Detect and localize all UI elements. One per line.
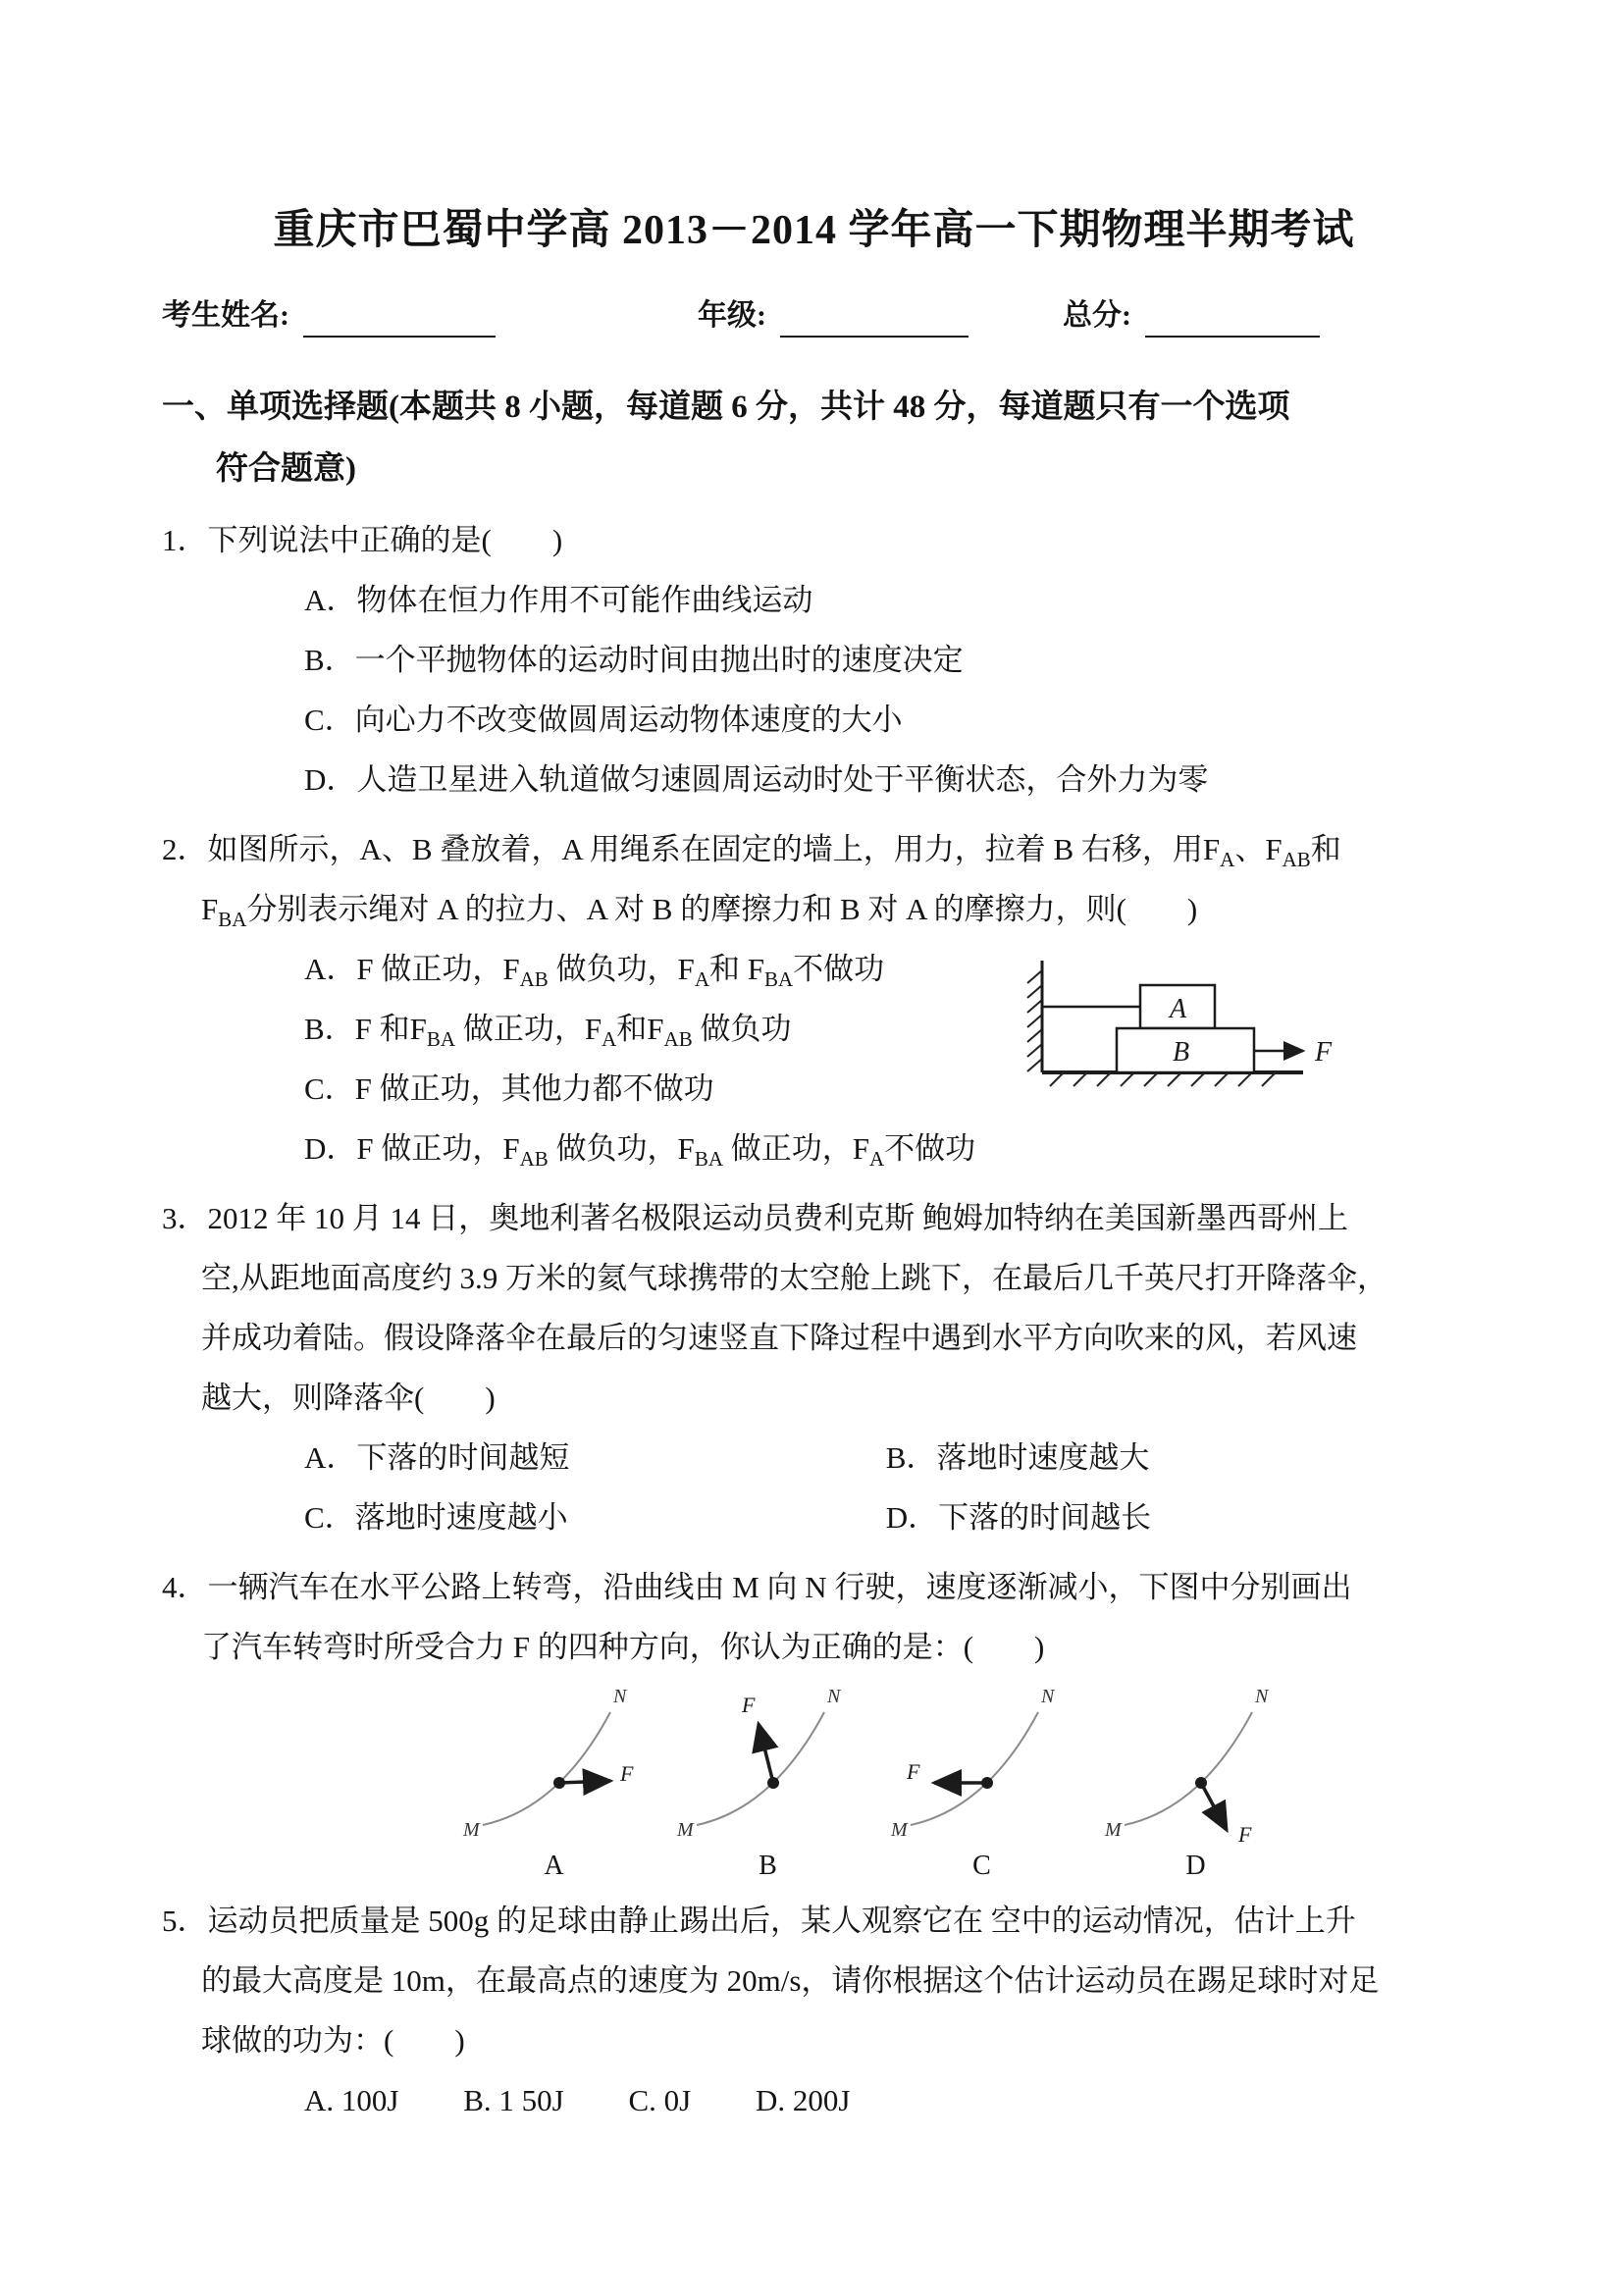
q4-diagram-c-label: C: [889, 1850, 1075, 1883]
question-5-option-c: C. 0J: [628, 2083, 691, 2117]
score-label: 总分:: [1063, 294, 1131, 338]
question-4-figure-d: M N F D: [1103, 1683, 1289, 1883]
question-1-option-a: A．物体在恒力作用不可能作曲线运动: [304, 570, 1466, 630]
f-label: F: [1237, 1822, 1252, 1845]
name-blank[interactable]: [303, 302, 496, 338]
page-title: 重庆市巴蜀中学高 2013－2014 学年高一下期物理半期考试: [162, 204, 1466, 257]
question-3-stem-line-2: 空,从距地面高度约 3.9 万米的氦气球携带的太空舱上跳下，在最后几千英尺打开降…: [162, 1248, 1466, 1308]
q4-diagram-a: M N F: [461, 1683, 648, 1845]
question-2-option-d: D．F 做正功，FAB 做负功，FBA 做正功，FA不做功: [304, 1119, 1466, 1178]
m-label: M: [890, 1819, 909, 1841]
question-5-option-a: A. 100J: [304, 2083, 398, 2117]
q4-diagram-b: M N F: [675, 1683, 862, 1845]
n-label: N: [1254, 1686, 1270, 1707]
question-2-stem-line-2: FBA分别表示绳对 A 的拉力、A 对 B 的摩擦力和 B 对 A 的摩擦力，则…: [162, 879, 1466, 939]
question-3-stem-line-3: 并成功着陆。假设降落伞在最后的匀速竖直下降过程中遇到水平方向吹来的风，若风速: [162, 1308, 1466, 1368]
question-2-stem-line-1: 2．如图所示，A、B 叠放着，A 用绳系在固定的墙上，用力，拉着 B 右移，用F…: [162, 819, 1466, 879]
f-label: F: [906, 1759, 920, 1784]
question-3-option-a: A．下落的时间越短: [304, 1428, 878, 1487]
q4-diagram-d-label: D: [1103, 1850, 1289, 1883]
question-1: 1．下列说法中正确的是( ) A．物体在恒力作用不可能作曲线运动 B．一个平抛物…: [162, 510, 1466, 809]
question-1-option-b: B．一个平抛物体的运动时间由抛出时的速度决定: [304, 630, 1466, 690]
question-1-option-d: D．人造卫星进入轨道做匀速圆周运动时处于平衡状态，合外力为零: [304, 750, 1466, 809]
q4-diagram-b-label: B: [675, 1850, 862, 1883]
question-2-figure: A B F: [1021, 953, 1335, 1105]
path-curve: [1125, 1712, 1252, 1825]
question-4-figure-a: M N F A: [461, 1683, 648, 1883]
question-1-option-c: C．向心力不改变做圆周运动物体速度的大小: [304, 690, 1466, 750]
question-3-options: A．下落的时间越短 B．落地时速度越大 C．落地时速度越小 D．下落的时间越长: [162, 1428, 1466, 1547]
question-4-figure-b: M N F B: [675, 1683, 862, 1883]
question-5-stem-line-1: 5．运动员把质量是 500g 的足球由静止踢出后，某人观察它在 空中的运动情况，…: [162, 1891, 1466, 1951]
block-b-label: B: [1173, 1037, 1189, 1068]
question-5: 5．运动员把质量是 500g 的足球由静止踢出后，某人观察它在 空中的运动情况，…: [162, 1891, 1466, 2130]
question-4: 4．一辆汽车在水平公路上转弯，沿曲线由 M 向 N 行驶，速度逐渐减小，下图中分…: [162, 1557, 1466, 1677]
student-info-row: 考生姓名: 年级: 总分:: [162, 294, 1466, 338]
question-2: 2．如图所示，A、B 叠放着，A 用绳系在固定的墙上，用力，拉着 B 右移，用F…: [162, 819, 1466, 1178]
grade-blank[interactable]: [780, 302, 969, 338]
question-3-option-c: C．落地时速度越小: [304, 1487, 878, 1547]
section-1-heading-line-2: 符合题意): [162, 439, 1466, 500]
question-5-option-b: B. 1 50J: [463, 2083, 564, 2117]
n-label: N: [826, 1686, 842, 1707]
exam-page: 重庆市巴蜀中学高 2013－2014 学年高一下期物理半期考试 考生姓名: 年级…: [0, 0, 1623, 2296]
question-4-figures: M N F A M N F B: [461, 1683, 1466, 1883]
question-3-option-b: B．落地时速度越大: [886, 1440, 1150, 1475]
q4-diagram-d: M N F: [1103, 1683, 1289, 1845]
force-label: F: [1314, 1037, 1333, 1068]
path-curve: [911, 1712, 1038, 1825]
question-3-options-row-2: C．落地时速度越小 D．下落的时间越长: [304, 1487, 1466, 1547]
score-blank[interactable]: [1145, 302, 1320, 338]
question-2-options-row: A．F 做正功，FAB 做负功，FA和 FBA不做功 B．F 和FBA 做正功，…: [162, 939, 1466, 1178]
m-label: M: [1104, 1819, 1123, 1841]
section-1-heading-line-1: 一、单项选择题(本题共 8 小题，每道题 6 分，共计 48 分，每道题只有一个…: [162, 377, 1466, 439]
name-label: 考生姓名:: [162, 294, 289, 338]
question-5-options: A. 100J B. 1 50J C. 0J D. 200J: [162, 2070, 1466, 2130]
question-3-stem-line-1: 3．2012 年 10 月 14 日，奥地利著名极限运动员费利克斯 鲍姆加特纳在…: [162, 1188, 1466, 1248]
question-4-stem-line-2: 了汽车转弯时所受合力 F 的四种方向，你认为正确的是：( ): [162, 1617, 1466, 1677]
f-label: F: [619, 1761, 634, 1786]
n-label: N: [612, 1686, 628, 1707]
question-3-options-row-1: A．下落的时间越短 B．落地时速度越大: [304, 1428, 1466, 1487]
force-arrow-down: [1201, 1783, 1227, 1830]
m-label: M: [676, 1819, 695, 1841]
force-arrow-up: [759, 1724, 773, 1783]
section-1-heading: 一、单项选择题(本题共 8 小题，每道题 6 分，共计 48 分，每道题只有一个…: [162, 377, 1466, 500]
path-curve: [483, 1712, 610, 1825]
question-1-stem: 1．下列说法中正确的是( ): [162, 510, 1466, 570]
f-label: F: [741, 1693, 756, 1717]
ground-hatching: [1050, 1072, 1276, 1086]
question-1-options: A．物体在恒力作用不可能作曲线运动 B．一个平抛物体的运动时间由抛出时的速度决定…: [162, 570, 1466, 809]
q4-diagram-a-label: A: [461, 1850, 648, 1883]
exam-content: 重庆市巴蜀中学高 2013－2014 学年高一下期物理半期考试 考生姓名: 年级…: [0, 0, 1623, 2130]
question-5-stem-line-3: 球做的功为：( ): [162, 2010, 1466, 2070]
question-5-stem-line-2: 的最大高度是 10m，在最高点的速度为 20m/s，请你根据这个估计运动员在踢足…: [162, 1951, 1466, 2010]
question-3-option-d: D．下落的时间越长: [886, 1500, 1151, 1535]
n-label: N: [1040, 1686, 1056, 1707]
wall-hatching: [1027, 970, 1042, 1071]
question-3-stem-line-4: 越大，则降落伞( ): [162, 1368, 1466, 1428]
force-arrow-right: [559, 1781, 610, 1783]
grade-label: 年级:: [698, 294, 766, 338]
q4-diagram-c: M N F: [889, 1683, 1075, 1845]
question-5-option-d: D. 200J: [756, 2083, 850, 2117]
question-4-stem-line-1: 4．一辆汽车在水平公路上转弯，沿曲线由 M 向 N 行驶，速度逐渐减小，下图中分…: [162, 1557, 1466, 1617]
question-4-figure-c: M N F C: [889, 1683, 1075, 1883]
m-label: M: [462, 1819, 481, 1841]
question-3: 3．2012 年 10 月 14 日，奥地利著名极限运动员费利克斯 鲍姆加特纳在…: [162, 1188, 1466, 1547]
block-a-label: A: [1168, 994, 1187, 1024]
